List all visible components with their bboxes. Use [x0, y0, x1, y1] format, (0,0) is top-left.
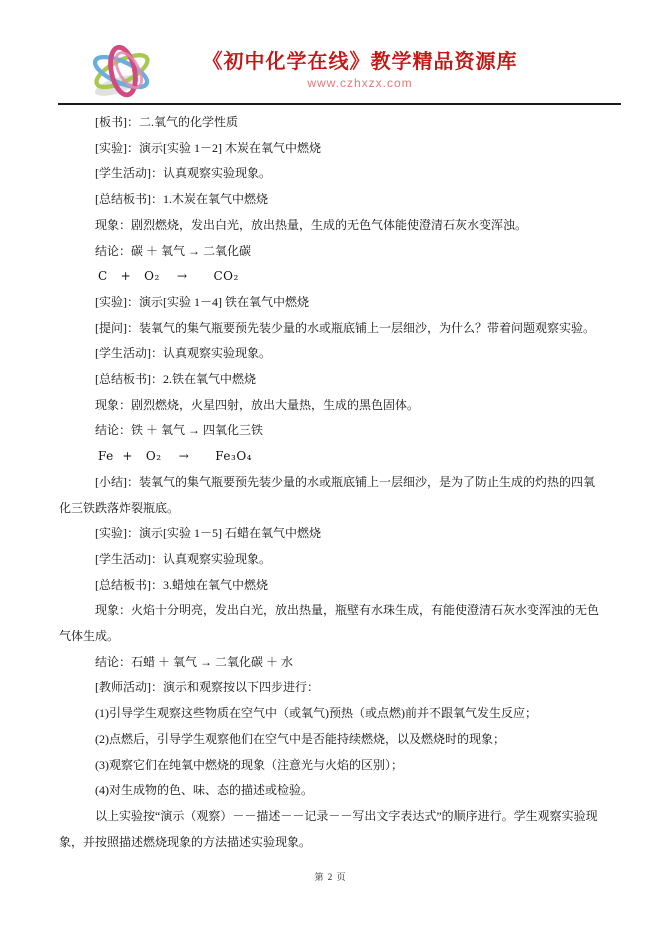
doc-paragraph: [学生活动]：认真观察实验现象。	[59, 341, 599, 367]
doc-paragraph: 现象：剧烈燃烧，火星四射，放出大量热，生成的黑色固体。	[59, 393, 599, 419]
masthead: 《初中化学在线》教学精品资源库 www.czhxzx.com	[150, 50, 570, 90]
doc-paragraph: 现象：剧烈燃烧，发出白光，放出热量，生成的无色气体能使澄清石灰水变浑浊。	[59, 213, 599, 239]
doc-paragraph: 结论：铁 ＋ 氧气 → 四氧化三铁	[59, 418, 599, 444]
doc-paragraph: (3)观察它们在纯氧中燃烧的现象（注意光与火焰的区别）；	[59, 753, 599, 779]
header-divider	[58, 103, 621, 105]
doc-paragraph: [提问]：装氧气的集气瓶要预先装少量的水或瓶底铺上一层细沙，为什么？带着问题观察…	[59, 316, 599, 342]
doc-paragraph: (1)引导学生观察这些物质在空气中（或氧气)预热（或点燃)前并不跟氧气发生反应；	[59, 701, 599, 727]
doc-paragraph: [学生活动]：认真观察实验现象。	[59, 547, 599, 573]
doc-paragraph: 现象：火焰十分明亮，发出白光，放出热量，瓶壁有水珠生成，有能使澄清石灰水变浑浊的…	[59, 598, 599, 649]
document-page: 《初中化学在线》教学精品资源库 www.czhxzx.com [板书]：二.氧气…	[0, 0, 661, 935]
doc-body: [板书]：二.氧气的化学性质[实验]：演示[实验 1－2] 木炭在氧气中燃烧[学…	[0, 105, 661, 855]
doc-paragraph: [实验]：演示[实验 1－4] 铁在氧气中燃烧	[59, 290, 599, 316]
doc-paragraph: (4)对生成物的色、味、态的描述或检验。	[59, 778, 599, 804]
doc-paragraph: [小结]：装氧气的集气瓶要预先装少量的水或瓶底铺上一层细沙，是为了防止生成的灼热…	[59, 470, 599, 521]
doc-paragraph: [总结板书]：3.蜡烛在氧气中燃烧	[59, 573, 599, 599]
doc-paragraph: [实验]：演示[实验 1－2] 木炭在氧气中燃烧	[59, 136, 599, 162]
doc-paragraph: 以上实验按“演示（观察）－－描述－－记录－－写出文字表达式”的顺序进行。学生观察…	[59, 804, 599, 855]
chemical-equation: C + O₂ → CO₂	[59, 264, 599, 290]
letterhead: 《初中化学在线》教学精品资源库 www.czhxzx.com	[0, 0, 661, 105]
doc-paragraph: [板书]：二.氧气的化学性质	[59, 110, 599, 136]
site-url: www.czhxzx.com	[150, 76, 570, 90]
site-title: 《初中化学在线》教学精品资源库	[150, 50, 570, 74]
doc-paragraph: 结论：石蜡 ＋ 氧气 → 二氧化碳 ＋ 水	[59, 650, 599, 676]
doc-paragraph: [学生活动]：认真观察实验现象。	[59, 161, 599, 187]
page-number: 第 2 页	[0, 870, 661, 883]
doc-paragraph: (2)点燃后，引导学生观察他们在空气中是否能持续燃烧，以及燃烧时的现象；	[59, 727, 599, 753]
doc-paragraph: [总结板书]：1.木炭在氧气中燃烧	[59, 187, 599, 213]
doc-paragraph: [总结板书]：2.铁在氧气中燃烧	[59, 367, 599, 393]
doc-paragraph: 结论：碳 ＋ 氧气 → 二氧化碳	[59, 239, 599, 265]
doc-paragraph: [教师活动]：演示和观察按以下四步进行：	[59, 675, 599, 701]
doc-paragraph: [实验]：演示[实验 1－5] 石蜡在氧气中燃烧	[59, 521, 599, 547]
chemical-equation: Fe + O₂ → Fe₃O₄	[59, 444, 599, 470]
